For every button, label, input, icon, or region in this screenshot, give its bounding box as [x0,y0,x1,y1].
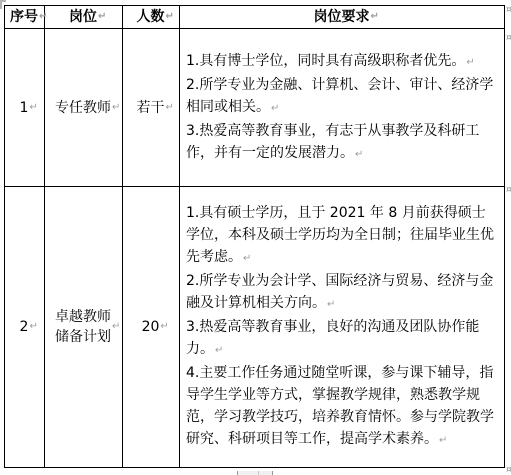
document-page: 序号↵ 岗位↵ 人数↵ 岗位要求↵ 1↵ 专任教师↵ 若干↵ 1.具有博士学位，… [0,0,511,475]
header-label: 人数 [137,7,165,27]
positions-table: 序号↵ 岗位↵ 人数↵ 岗位要求↵ 1↵ 专任教师↵ 若干↵ 1.具有博士学位，… [4,5,505,468]
row2-position-cell: 卓越教师储备计划↵ [45,187,123,468]
requirement-item: 1.具有硕士学历，且于 2021 年 8 月前获得硕士学位，本科及硕士学历均为全… [186,202,499,270]
row2-count-cell: 20↵ [123,187,180,468]
cell-end-mark-icon: ¤ [506,34,511,43]
row1-position-cell: 专任教师↵ [45,29,123,187]
header-col-requirements: 岗位要求↵ [180,6,505,29]
header-label: 岗位 [69,7,97,27]
row1-no-cell: 1↵ [5,29,45,187]
requirement-item: 2.所学专业为金融、计算机、会计、审计、经济学相同或相关。↵ [186,74,499,120]
cell-end-mark-icon: ¤ [506,466,511,475]
position-count: 20 [142,317,160,337]
row1-count-cell: 若干↵ [123,29,180,187]
header-col-position: 岗位↵ [45,6,123,29]
position-name: 专任教师 [55,98,111,118]
position-count: 若干 [137,98,165,118]
requirement-item: 3.热爱高等教育事业，良好的沟通及团队协作能力。↵ [186,316,499,362]
row-no: 1 [20,98,29,118]
requirement-item: 3.热爱高等教育事业，有志于从事教学及科研工作，并有一定的发展潜力。↵ [186,120,499,166]
requirement-item: 4.主要工作任务通过随堂听课，参与课下辅导，指导学生学业等方式，掌握教学规律，熟… [186,362,499,452]
requirement-item: 1.具有博士学位，同时具有高级职称者优先。↵ [186,50,499,74]
row2-no-cell: 2↵ [5,187,45,468]
cell-end-mark-icon: ¤ [506,6,511,15]
header-label: 岗位要求 [314,7,370,27]
requirement-item: 2.所学专业为会计学、国际经济与贸易、经济与金融及计算机相关方向。↵ [186,270,499,316]
row2-requirements-cell: 1.具有硕士学历，且于 2021 年 8 月前获得硕士学位，本科及硕士学历均为全… [180,187,505,468]
header-col-no: 序号↵ [5,6,45,29]
row1-requirements-cell: 1.具有博士学位，同时具有高级职称者优先。↵ 2.所学专业为金融、计算机、会计、… [180,29,505,187]
position-name: 卓越教师储备计划 [55,307,111,347]
header-col-count: 人数↵ [123,6,180,29]
cell-end-mark-icon: ¤ [506,186,511,195]
row-no: 2 [20,317,29,337]
next-element-sliver [237,471,273,475]
header-label: 序号 [10,7,38,27]
